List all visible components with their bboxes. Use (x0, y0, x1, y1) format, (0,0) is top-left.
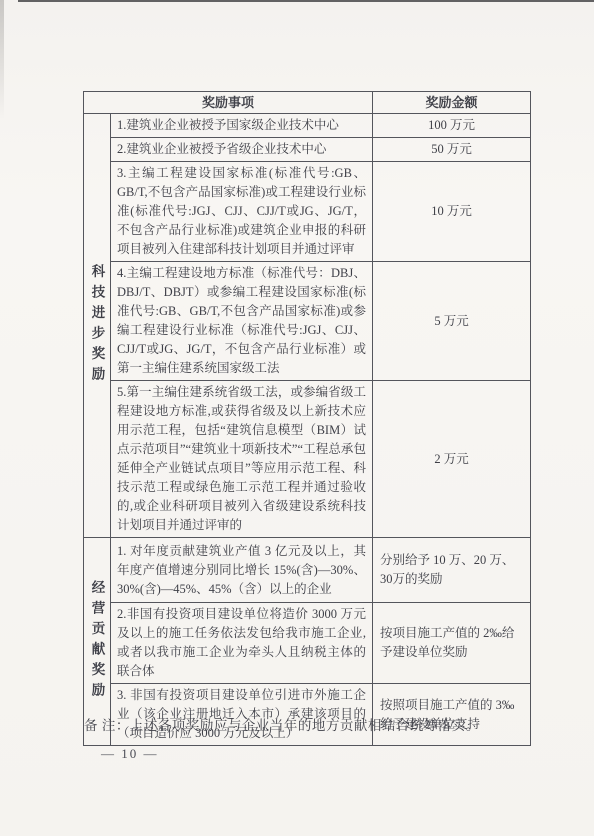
category-label-vertical: 经营贡献奖励 (88, 580, 107, 703)
table-row: 4.主编工程建设地方标准（标准代号：DBJ、DBJ/T、DBJT）或参编工程建设… (84, 262, 531, 381)
award-amount-text: 10 万元 (373, 162, 531, 262)
table-row: 科技进步奖励 1.建筑业企业被授予国家级企业技术中心 100 万元 (84, 114, 531, 138)
award-item-text: 3.主编工程建设国家标准(标准代号:GB、GB/T,不包含产品国家标准)或工程建… (111, 162, 373, 262)
award-amount-text: 100 万元 (373, 114, 531, 138)
page-number: — 10 — (101, 746, 159, 762)
award-amount-text: 分别给予 10 万、20 万、30万的奖励 (373, 538, 531, 603)
award-amount-text: 5 万元 (373, 262, 531, 381)
document-page: 奖励事项 奖励金额 科技进步奖励 1.建筑业企业被授予国家级企业技术中心 100… (0, 0, 594, 836)
award-item-text: 1.建筑业企业被授予国家级企业技术中心 (111, 114, 373, 138)
award-item-text: 2.建筑业企业被授予省级企业技术中心 (111, 138, 373, 162)
table-row: 2.非国有投资项目建设单位将造价 3000 万元及以上的施工任务依法发包给我市施… (84, 603, 531, 684)
table-row: 5.第一主编住建系统省级工法，或参编省级工程建设地方标准,或获得省级及以上新技术… (84, 381, 531, 538)
award-amount-text: 按项目施工产值的 2‰给予建设单位奖励 (373, 603, 531, 684)
table-row: 2.建筑业企业被授予省级企业技术中心 50 万元 (84, 138, 531, 162)
award-item-text: 1. 对年度贡献建筑业产值 3 亿元及以上，其年度产值增速分别同比增长 15%(… (111, 538, 373, 603)
header-award-item: 奖励事项 (84, 92, 373, 114)
scan-artifact-top-edge (18, 0, 594, 2)
table-row: 3.主编工程建设国家标准(标准代号:GB、GB/T,不包含产品国家标准)或工程建… (84, 162, 531, 262)
scan-artifact-left-edge (0, 0, 4, 120)
table-row: 经营贡献奖励 1. 对年度贡献建筑业产值 3 亿元及以上，其年度产值增速分别同比… (84, 538, 531, 603)
award-table: 奖励事项 奖励金额 科技进步奖励 1.建筑业企业被授予国家级企业技术中心 100… (83, 91, 531, 746)
award-amount-text: 50 万元 (373, 138, 531, 162)
footnote-label: 备 注： (84, 718, 130, 733)
award-item-text: 5.第一主编住建系统省级工法，或参编省级工程建设地方标准,或获得省级及以上新技术… (111, 381, 373, 538)
header-award-amount: 奖励金额 (373, 92, 531, 114)
category-label-vertical: 科技进步奖励 (88, 264, 107, 387)
footnote-text: 上述各项奖励应与企业当年的地方贡献相结合统筹落实。 (130, 718, 480, 733)
award-item-text: 4.主编工程建设地方标准（标准代号：DBJ、DBJ/T、DBJT）或参编工程建设… (111, 262, 373, 381)
table-header-row: 奖励事项 奖励金额 (84, 92, 531, 114)
award-amount-text: 2 万元 (373, 381, 531, 538)
category-cell-tech-progress: 科技进步奖励 (84, 114, 111, 538)
footnote: 备 注：上述各项奖励应与企业当年的地方贡献相结合统筹落实。 (84, 714, 554, 734)
award-item-text: 2.非国有投资项目建设单位将造价 3000 万元及以上的施工任务依法发包给我市施… (111, 603, 373, 684)
